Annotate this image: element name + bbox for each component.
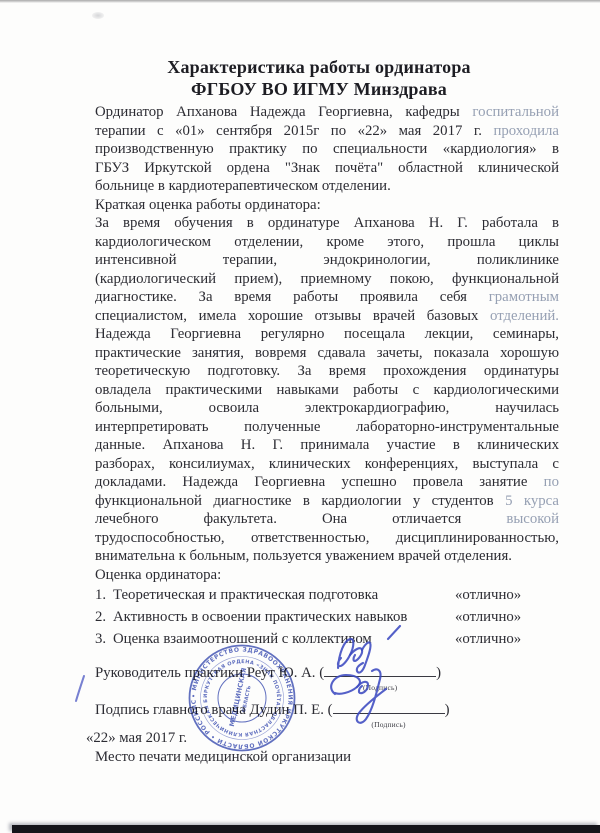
text-segment: кардиологическом отделении, кроме этого,… (95, 234, 559, 250)
text-line: производственную практику по специальнос… (95, 140, 559, 159)
text-line: За время обучения в ординатуре Апханова … (95, 214, 559, 233)
text-line: разборах, консилиумах, клинических конфе… (95, 455, 559, 474)
text-segment: ГБУЗ Иркутской ордена "Знак почёта" обла… (95, 160, 559, 176)
text-line: теоретическую подготовку. За время прохо… (95, 362, 559, 381)
page-bottom-edge (12, 825, 600, 833)
text-segment: интерпретировать полученные лабораторно-… (95, 419, 559, 435)
text-segment: За время обучения в ординатуре Апханова … (95, 215, 559, 231)
text-line: внимательна к больным, пользуется уважен… (95, 547, 559, 566)
text-line: (кардиологический прием), приемному поко… (95, 270, 559, 289)
text-line: интерпретировать полученные лабораторно-… (95, 418, 559, 437)
faded-text-segment: грамотным (489, 289, 559, 305)
text-segment: (кардиологический прием), приемному поко… (95, 271, 559, 287)
intro-paragraph: Ординатор Апханова Надежда Георгиевна, к… (95, 103, 559, 196)
item-number: 3. (95, 628, 113, 650)
text-line: диагностике. За время работы проявила се… (95, 288, 559, 307)
text-segment: трудоспособностью, ответственностью, дис… (95, 530, 559, 546)
text-segment: практические занятия, вовремя сдавала за… (95, 345, 559, 361)
text-segment: Ординатор Апханова Надежда Георгиевна, к… (95, 104, 472, 120)
faded-text-segment: 5 курса (505, 493, 559, 509)
chief-doctor-signature-row: Подпись главного врача Дудин П. Е. ((Под… (95, 700, 559, 720)
text-line: больными, освоила электрокардиографию, н… (95, 399, 559, 418)
paren-close: ) (445, 702, 450, 718)
text-line: ГБУЗ Иркутской ордена "Знак почёта" обла… (95, 159, 559, 178)
text-segment: функциональной диагностике в кардиологии… (95, 493, 505, 509)
text-line: больнице в кардиотерапевтическом отделен… (95, 177, 559, 196)
text-line: лечебного факультета. Она отличается выс… (95, 510, 559, 529)
text-segment: Надежда Георгиевна регулярно посещала ле… (95, 326, 559, 342)
item-text: Теоретическая и практическая подготовка (113, 587, 378, 603)
text-segment: внимательна к больным, пользуется уважен… (95, 548, 512, 564)
date-line: «22» мая 2017 г. (86, 729, 559, 748)
item-grade: «отлично» (455, 606, 521, 628)
text-line: Надежда Георгиевна регулярно посещала ле… (95, 325, 559, 344)
text-segment: терапии с «01» сентября 2015г по «22» ма… (95, 123, 493, 139)
item-grade: «отлично» (455, 584, 521, 606)
pen-mark-icon (72, 673, 88, 705)
text-segment: разборах, консилиумах, клинических конфе… (95, 456, 559, 472)
text-segment: специалистом, имела хорошие отзывы враче… (95, 308, 490, 324)
item-number: 2. (95, 606, 113, 628)
document-title-line2: ФГБОУ ВО ИГМУ Минздрава (79, 78, 559, 100)
official-round-stamp: • МИНИСТЕРСТВО ЗДРАВООХРАНЕНИЯ ИРКУТСКОЙ… (186, 642, 298, 754)
text-line: кардиологическом отделении, кроме этого,… (95, 233, 559, 252)
text-segment: больными, освоила электрокардиографию, н… (95, 400, 559, 416)
text-line: трудоспособностью, ответственностью, дис… (95, 529, 559, 548)
faded-text-segment: проходила (493, 123, 559, 139)
faded-text-segment: высокой (506, 511, 559, 527)
text-line: докладами. Надежда Георгиевна успешно пр… (95, 473, 559, 492)
text-segment: данные. Апханова Н. Г. принимала участие… (95, 437, 559, 453)
text-segment: интенсивной терапии, эндокринологии, пол… (95, 252, 559, 268)
text-segment: диагностике. За время работы проявила се… (95, 289, 489, 305)
scanned-document-page: Характеристика работы ординатора ФГБОУ В… (0, 0, 600, 833)
stamp-icon: • МИНИСТЕРСТВО ЗДРАВООХРАНЕНИЯ ИРКУТСКОЙ… (186, 642, 298, 754)
text-segment: лечебного факультета. Она отличается (95, 511, 506, 527)
chief-signature-line: (Подпись) (333, 700, 445, 714)
text-segment: докладами. Надежда Георгиевна успешно пр… (95, 474, 544, 490)
text-line: функциональной диагностике в кардиологии… (95, 492, 559, 511)
text-segment: производственную практику по специальнос… (95, 141, 559, 157)
faded-text-segment: по (544, 474, 559, 490)
faded-text-segment: госпитальной (472, 104, 559, 120)
text-line: специалистом, имела хорошие отзывы враче… (95, 307, 559, 326)
text-segment: больнице в кардиотерапевтическом отделен… (95, 178, 391, 194)
text-line: практические занятия, вовремя сдавала за… (95, 344, 559, 363)
assessment-item: 1.Теоретическая и практическая подготовк… (95, 584, 559, 606)
text-line: Ординатор Апханова Надежда Георгиевна, к… (95, 103, 559, 122)
seal-place-line: Место печати медицинской организации (95, 748, 559, 767)
text-segment: теоретическую подготовку. За время прохо… (95, 363, 559, 379)
text-line: овладела практическими навыками работы с… (95, 381, 559, 400)
page-top-edge (0, 0, 600, 3)
faded-text-segment: отделений. (490, 308, 559, 324)
document-title-line1: Характеристика работы ординатора (79, 56, 559, 78)
item-number: 1. (95, 584, 113, 606)
text-segment: овладела практическими навыками работы с… (95, 382, 559, 398)
assessment-heading: Оценка ординатора: (95, 566, 559, 585)
text-line: данные. Апханова Н. Г. принимала участие… (95, 436, 559, 455)
brief-evaluation-heading: Краткая оценка работы ординатора: (95, 196, 559, 215)
text-line: терапии с «01» сентября 2015г по «22» ма… (95, 122, 559, 141)
item-grade: «отлично» (455, 628, 521, 650)
text-line: интенсивной терапии, эндокринологии, пол… (95, 251, 559, 270)
main-paragraph: За время обучения в ординатуре Апханова … (95, 214, 559, 566)
document-content: Характеристика работы ординатора ФГБОУ В… (95, 56, 559, 767)
chief-signature-caption: (Подпись) (333, 715, 445, 734)
scan-smudge (92, 12, 104, 19)
